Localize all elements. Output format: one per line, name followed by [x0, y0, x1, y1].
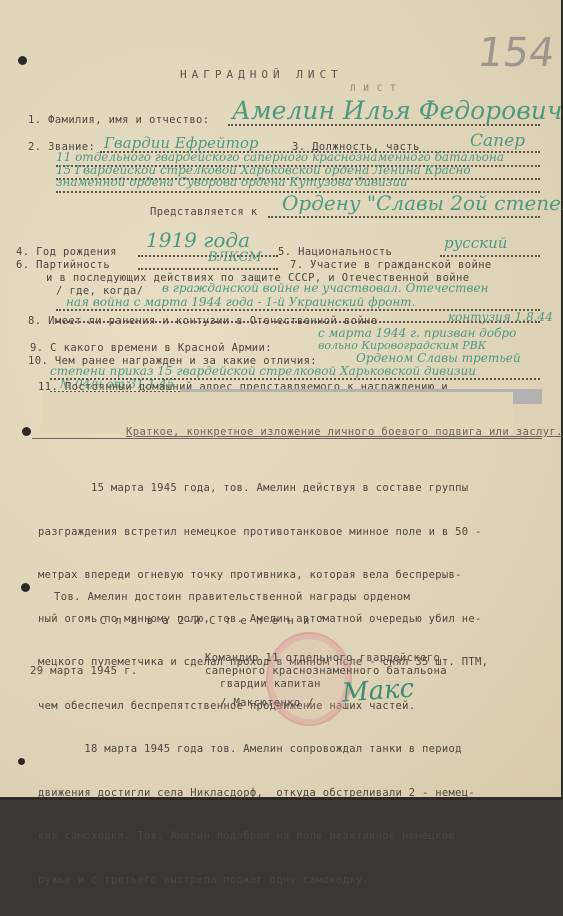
page-number-handwritten: 154 [475, 30, 558, 76]
field-value-prior-awards: Орденом Славы третьей [356, 351, 521, 365]
divider-line [32, 438, 542, 439]
field-value-participation-line: ная война с марта 1944 года - 1-й Украин… [66, 295, 415, 309]
field-label-name: 1. Фамилия, имя и отчество: [28, 114, 209, 126]
field-value-participation-line: в гражданской войне не участвовал. Отече… [162, 281, 489, 295]
field-value-position: Сапер [470, 131, 525, 151]
punch-hole [22, 427, 31, 436]
field-value-wounds: контузия 1.8.44 [448, 310, 553, 324]
narrative-line: движения достигли села Никласдорф, откуд… [38, 786, 538, 801]
field-label-participation: 7. Участие в гражданской войне [290, 259, 492, 271]
field-value-unit-line: 11 отдельного гвардейского саперного кра… [56, 150, 504, 164]
signer-name: / Максютенко / [220, 697, 314, 709]
field-value-army-since: с марта 1944 г. призван добро [318, 326, 516, 340]
narrative-line: 18 марта 1945 года тов. Амелин сопровожд… [38, 742, 538, 757]
signer-title-line: Командир 11 отдельного гвардейского [205, 652, 440, 664]
narrative-line: метрах впереди огневую точку противника,… [38, 568, 538, 583]
field-value-unit-line: знаменной ордена Суворова ордена Кутузов… [56, 175, 408, 189]
document-title: НАГРАДНОЙ ЛИСТ [180, 68, 343, 81]
dotted-line [440, 255, 540, 257]
field-label-nationality: 5. Национальность [278, 246, 392, 258]
conclusion-award: " С л а в а 2-й С т е п е н и " [84, 615, 326, 627]
document-title-shadow: ЛИСТ [350, 84, 404, 94]
presented-award: Ордену "Славы 2ой степени" [282, 191, 563, 215]
field-label-party: 6. Партийность [16, 259, 110, 271]
field-value-party: ВЛКСМ [208, 250, 262, 265]
document-date: 29 марта 1945 г. [30, 665, 138, 677]
field-value-prior-awards-line: степени приказ 15 гвардейской стрелковой… [50, 364, 476, 378]
narrative-line: разграждения встретил немецкое противота… [38, 525, 538, 540]
punch-hole [18, 758, 25, 765]
dotted-line [138, 268, 278, 270]
punch-hole [18, 56, 27, 65]
dotted-line [268, 216, 540, 218]
field-value-nationality: русский [444, 234, 507, 252]
presented-label: Представляется к [150, 206, 258, 218]
section-header: Краткое, конкретное изложение личного бо… [126, 426, 563, 438]
narrative-line: 15 марта 1945 года, тов. Амелин действуя… [38, 481, 538, 496]
award-sheet-page: 154 НАГРАДНОЙ ЛИСТ ЛИСТ 1. Фамилия, имя … [0, 0, 563, 800]
field-value-name: Амелин Илья Федорович [232, 96, 562, 125]
field-label-army-since: 9. С какого времени в Красной Армии: [30, 342, 272, 354]
field-value-birth-year: 1919 года [146, 228, 250, 252]
conclusion-text: Тов. Амелин достоин правительственной на… [54, 591, 410, 603]
field-label-birth-year: 4. Год рождения [16, 246, 117, 258]
signer-title-line: гвардии капитан [220, 678, 321, 690]
punch-hole [21, 583, 30, 592]
signature: Макс [341, 674, 415, 709]
